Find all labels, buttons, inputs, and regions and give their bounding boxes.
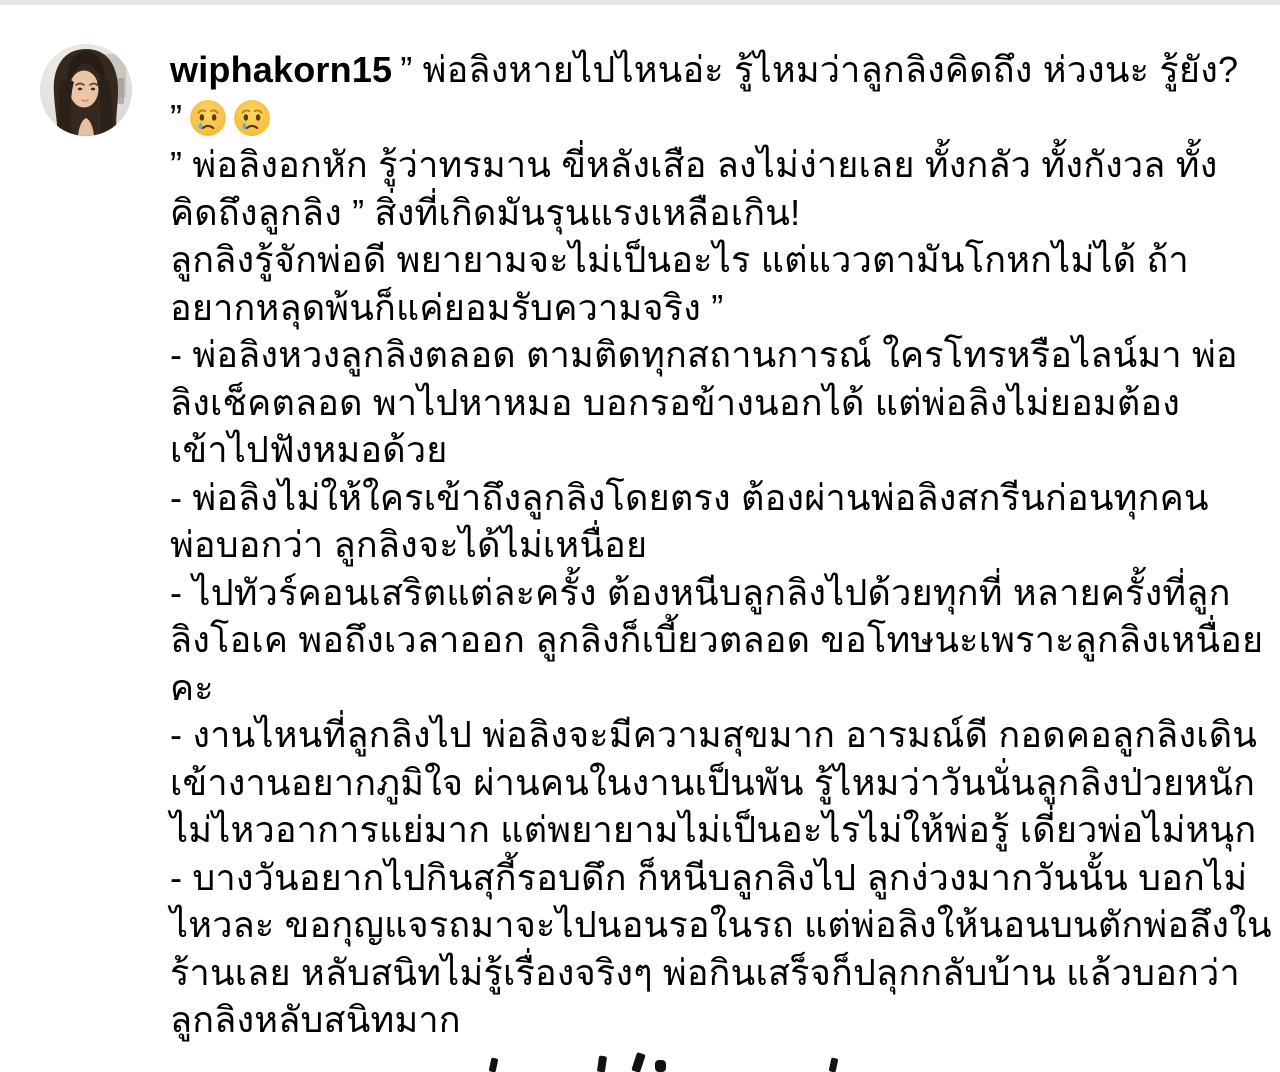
crying-face-emoji-icon [189,99,227,137]
clipped-next-line-fragment [489,1057,499,1072]
comment-text-line: - บางวันอยากไปกินสุกี้รอบดึก ก็หนีบลูกลิ… [170,854,1216,902]
avatar-illustration [40,44,132,136]
comment-text-line: ไหวละ ขอกุญแจรถมาจะไปนอนรอในรถ แต่พ่อลิง… [170,901,1216,949]
comment-text-line: - ไปทัวร์คอนเสริตแต่ละครั้ง ต้องหนีบลูกล… [170,569,1216,617]
clipped-next-line-fragment [655,1060,666,1072]
quote-mark: ” [170,97,182,138]
comment-text-line: ไม่ไหวอาการแย่มาก แต่พยายามไม่เป็นอะไรไม… [170,806,1216,854]
emoji-line: ” [170,94,1216,142]
comment-text-line: อยากหลุดพ้นก็แค่ยอมรับความจริง ” [170,284,1216,332]
comment-line-text: ” พ่อลิงหายไปไหนอ่ะ รู้ไหมว่าลูกลิงคิดถึ… [400,49,1238,90]
comment-text-line: เข้าไปฟังหมอด้วย [170,426,1216,474]
comment-block: wiphakorn15” พ่อลิงหายไปไหนอ่ะ รู้ไหมว่า… [0,0,1280,1072]
clipped-next-line-fragment [829,1057,839,1072]
avatar[interactable] [40,44,132,136]
comment-text-line: - พ่อลิงไม่ให้ใครเข้าถึงลูกลิงโดยตรง ต้อ… [170,474,1216,522]
comment-text-line: ” พ่อลิงอกหัก รู้ว่าทรมาน ขี่หลังเสือ ลง… [170,141,1216,189]
comment-text: wiphakorn15” พ่อลิงหายไปไหนอ่ะ รู้ไหมว่า… [170,46,1216,1044]
comment-text-line: เข้างานอยากภูมิใจ ผ่านคนในงานเป็นพัน รู้… [170,759,1216,807]
crying-face-emoji-icon [233,99,271,137]
comment-text-line: ลูกลิงรู้จักพ่อดี พยายามจะไม่เป็นอะไร แต… [170,236,1216,284]
username[interactable]: wiphakorn15 [170,49,392,90]
comment-text-line: - งานไหนที่ลูกลิงไป พ่อลิงจะมีความสุขมาก… [170,711,1216,759]
comment-text-line: ลิงเช็คตลอด พาไปหาหมอ บอกรอข้างนอกได้ แต… [170,379,1216,427]
comment-text-line: ร้านเลย หลับสนิทไม่รู้เรื่องจริงๆ พ่อกิน… [170,949,1216,997]
comment-text-line: พ่อบอกว่า ลูกลิงจะได้ไม่เหนื่อย [170,521,1216,569]
comment-text-line: คิดถึงลูกลิง ” สิ่งที่เกิดมันรุนแรงเหลือ… [170,189,1216,237]
comment-text-line: คะ [170,664,1216,712]
comment-text-line: ลิงโอเค พอถึงเวลาออก ลูกลิงก็เบี้ยวตลอด … [170,616,1216,664]
clipped-next-line-fragment [597,1056,607,1072]
comment-first-line: wiphakorn15” พ่อลิงหายไปไหนอ่ะ รู้ไหมว่า… [170,46,1216,94]
comment-text-line: - พ่อลิงหวงลูกลิงตลอด ตามติดทุกสถานการณ์… [170,331,1216,379]
comment-text-line: ลูกลิงหลับสนิทมาก [170,996,1216,1044]
clipped-next-line-fragment [631,1052,645,1072]
